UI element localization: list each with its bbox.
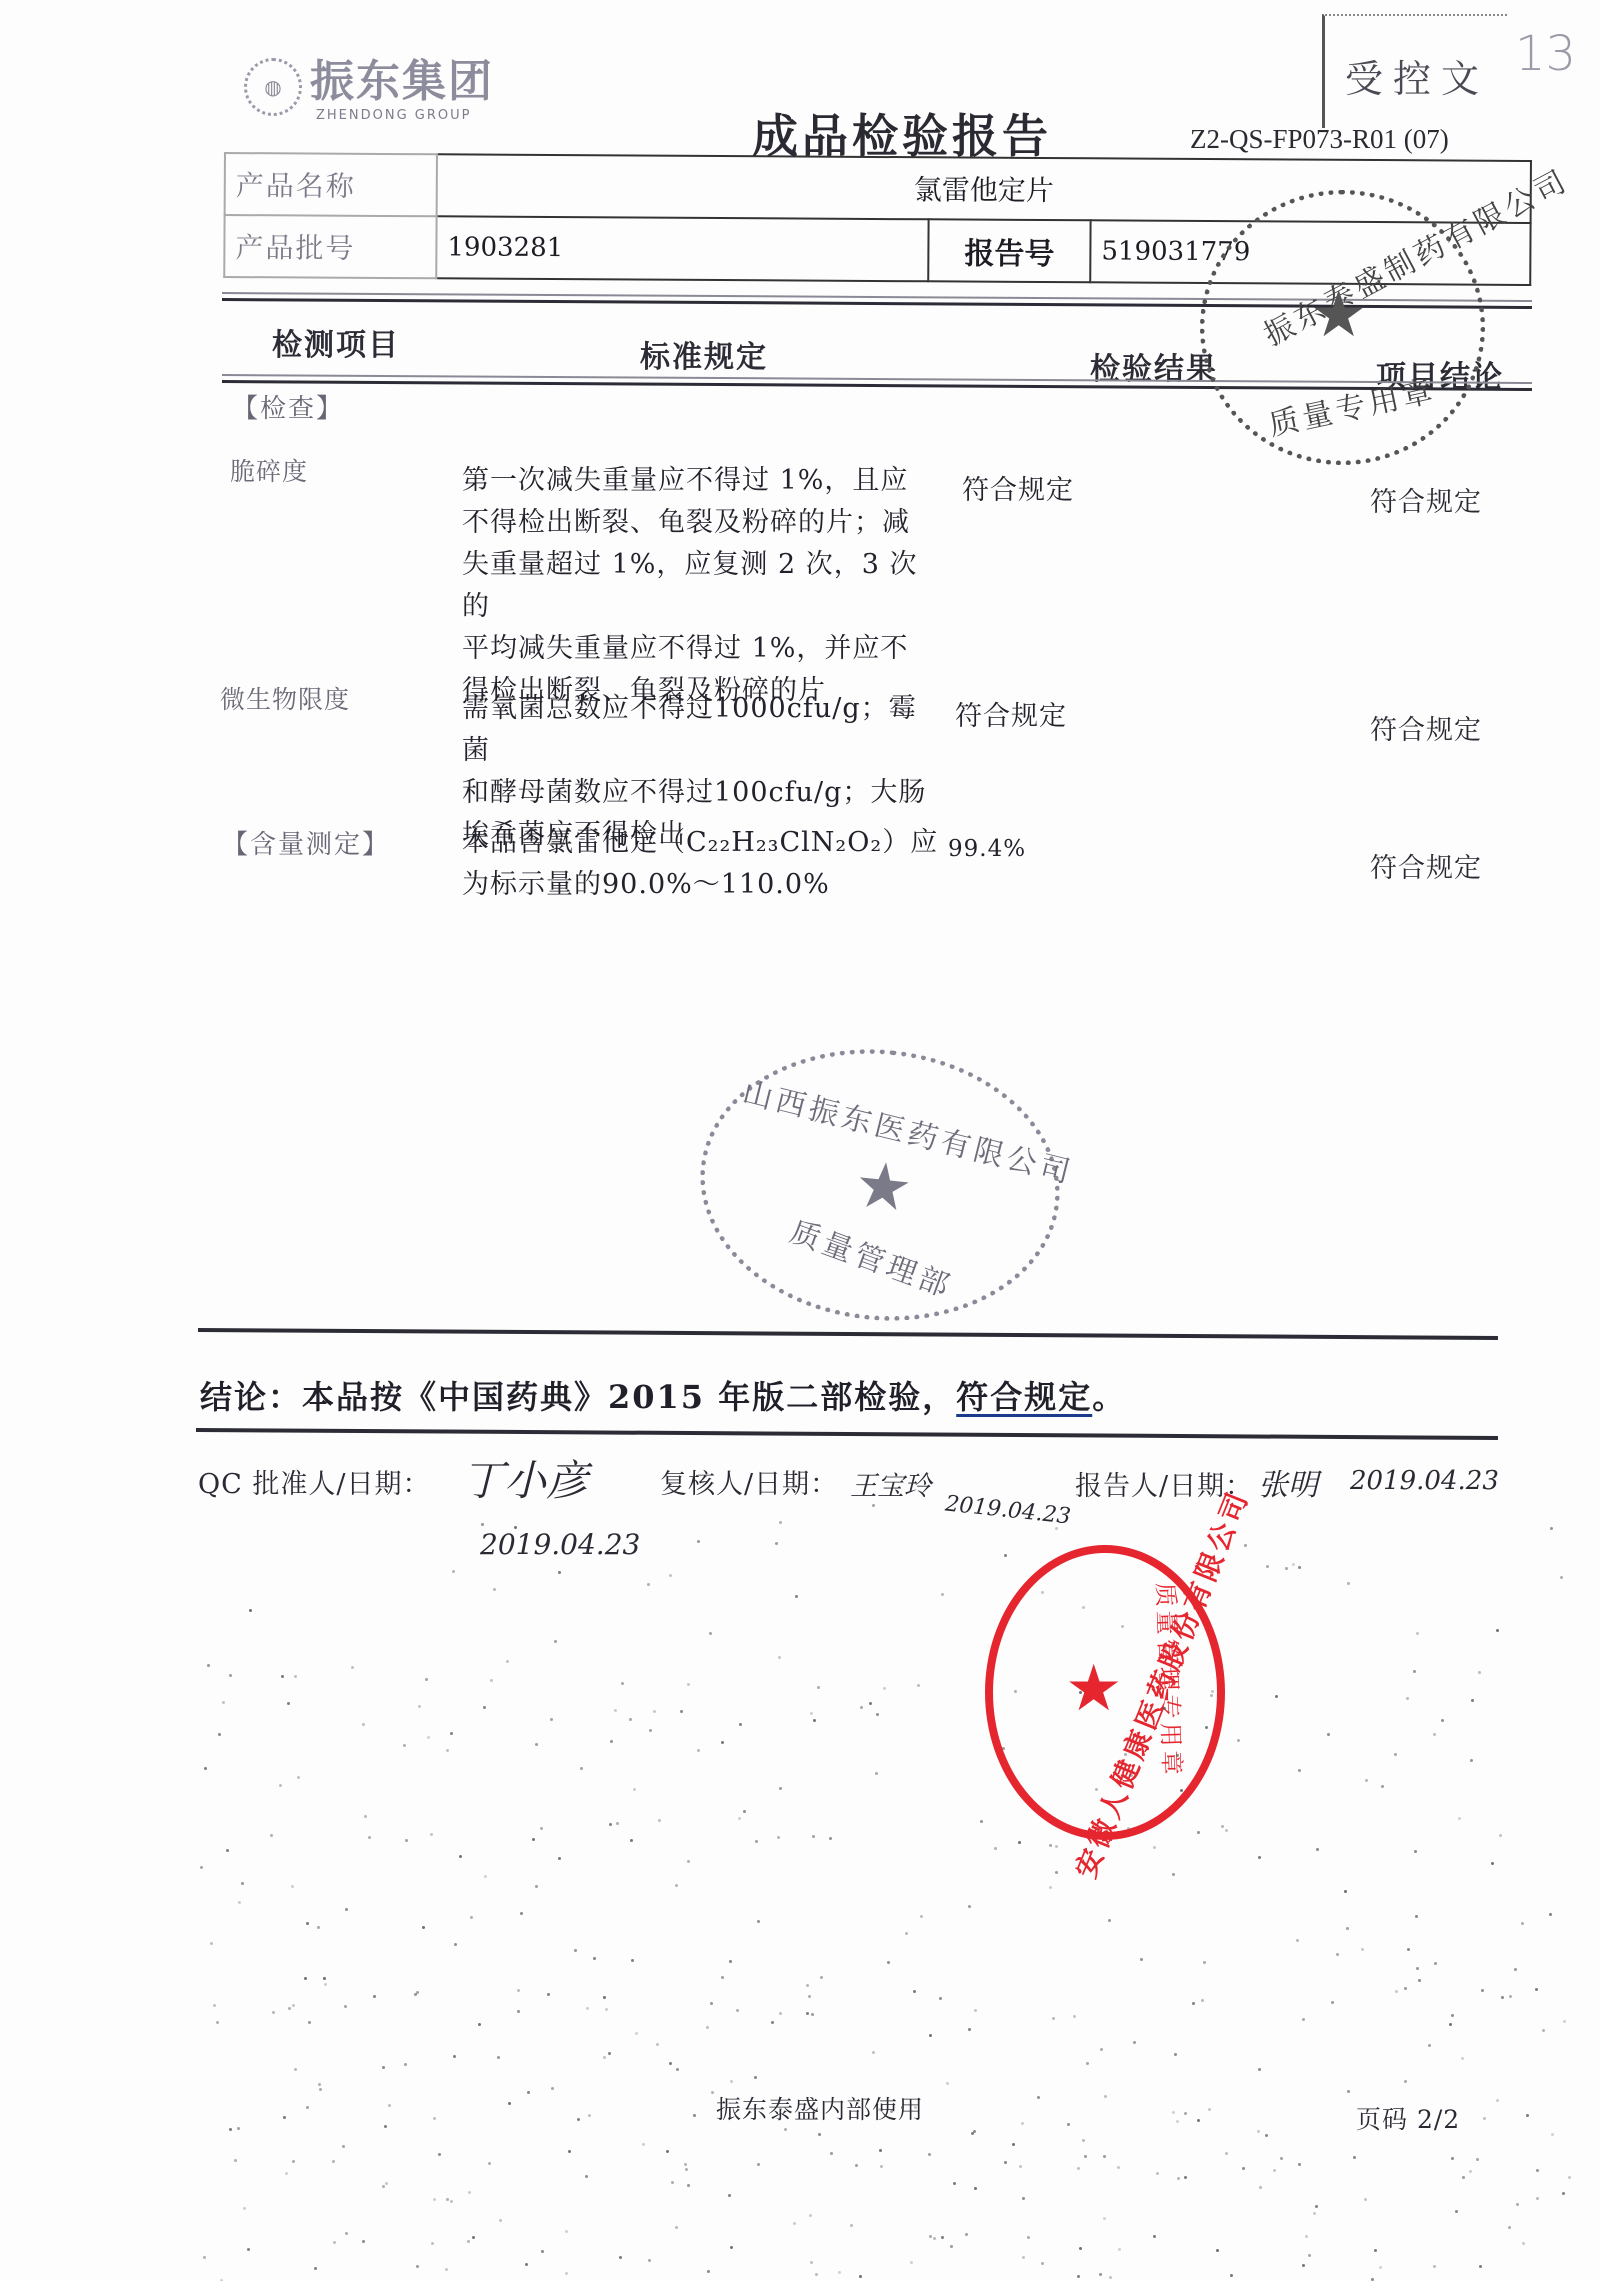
company-logo-emblem: ◍ xyxy=(244,58,302,116)
section-title-inspection: 【检查】 xyxy=(232,388,344,425)
company-logo-text: 振东集团 xyxy=(310,58,494,106)
item-assay-result: 99.4% xyxy=(948,836,1026,862)
star-icon: ★ xyxy=(1310,283,1367,347)
column-header-standard: 标准规定 xyxy=(640,332,768,376)
stamp-top-right: 振东泰盛制药有限公司 ★ 质量专用章 xyxy=(1200,190,1485,465)
divider xyxy=(196,1428,1498,1440)
qc-approver-date: 2019.04.23 xyxy=(480,1528,640,1561)
conclusion-verdict: 符合规定 xyxy=(956,1378,1092,1416)
reporter-date: 2019.04.23 xyxy=(1350,1466,1499,1496)
stamp-top-right-dept: 质量专用章 xyxy=(1264,366,1439,444)
batch-label: 产品批号 xyxy=(224,215,436,278)
report-no-label: 报告号 xyxy=(928,219,1090,282)
item-friability-result: 符合规定 xyxy=(962,468,1074,507)
product-name-label: 产品名称 xyxy=(225,153,437,216)
item-assay-conclusion: 符合规定 xyxy=(1370,846,1482,885)
standard-line: 失重量超过 1%，应复测 2 次，3 次的 xyxy=(462,544,942,628)
standard-line: 本品含氯雷他定（C₂₂H₂₃ClN₂O₂）应 xyxy=(462,822,942,864)
reporter-signature: 张明 xyxy=(1258,1460,1318,1504)
qc-approver-label: QC 批准人/日期： xyxy=(198,1462,430,1501)
controlled-document-number: 13 xyxy=(1515,26,1576,82)
page-number: 页码 2/2 xyxy=(1356,2100,1460,2136)
section-title-assay: 【含量测定】 xyxy=(222,824,390,861)
divider xyxy=(198,1328,1498,1340)
star-icon: ★ xyxy=(852,1153,916,1223)
qc-approver-signature: 丁小彦 xyxy=(462,1448,588,1508)
conclusion-text: 结论：本品按《中国药典》2015 年版二部检验， xyxy=(200,1378,956,1416)
stamp-red-dept: 质量管理专用章 xyxy=(1150,1582,1192,1779)
column-header-item: 检测项目 xyxy=(272,320,400,364)
item-microbial-conclusion: 符合规定 xyxy=(1370,708,1482,747)
form-code: Z2-QS-FP073-R01 (07) xyxy=(1190,124,1449,155)
standard-line: 第一次减失重量应不得过 1%，且应 xyxy=(462,460,942,502)
reviewer-date: 2019.04.23 xyxy=(944,1491,1072,1529)
standard-line: 需氧菌总数应不得过1000cfu/g；霉菌 xyxy=(462,688,942,772)
standard-line: 平均减失重量应不得过 1%，并应不 xyxy=(462,628,942,670)
standard-line: 不得检出断裂、龟裂及粉碎的片；减 xyxy=(462,502,942,544)
item-friability-conclusion: 符合规定 xyxy=(1370,480,1482,519)
standard-line: 为标示量的90.0%～110.0% xyxy=(462,864,942,906)
standard-line: 和酵母菌数应不得过100cfu/g；大肠 xyxy=(462,772,942,814)
item-microbial-name: 微生物限度 xyxy=(220,680,350,716)
conclusion-suffix: 。 xyxy=(1092,1378,1126,1416)
item-assay-standard: 本品含氯雷他定（C₂₂H₂₃ClN₂O₂）应 为标示量的90.0%～110.0% xyxy=(462,822,942,906)
controlled-document-label: 受控文 xyxy=(1345,48,1489,103)
stamp-red: 安徽人健康医药股份有限公司 ★ 质量管理专用章 xyxy=(985,1545,1225,1840)
company-logo-subtitle: ZHENDONG GROUP xyxy=(316,108,472,123)
item-friability-standard: 第一次减失重量应不得过 1%，且应 不得检出断裂、龟裂及粉碎的片；减 失重量超过… xyxy=(462,460,942,712)
star-icon: ★ xyxy=(1065,1657,1122,1721)
item-microbial-result: 符合规定 xyxy=(955,694,1067,733)
reviewer-label: 复核人/日期： xyxy=(660,1462,838,1501)
item-friability-name: 脆碎度 xyxy=(230,452,308,488)
stamp-middle: 山西振东医药有限公司 ★ 质量管理部 xyxy=(687,1032,1073,1338)
overall-conclusion: 结论：本品按《中国药典》2015 年版二部检验，符合规定。 xyxy=(200,1372,1126,1418)
batch-value: 1903281 xyxy=(436,216,928,281)
internal-use-notice: 振东泰盛内部使用 xyxy=(716,2090,924,2126)
reviewer-signature: 王宝玲 xyxy=(850,1464,931,1503)
